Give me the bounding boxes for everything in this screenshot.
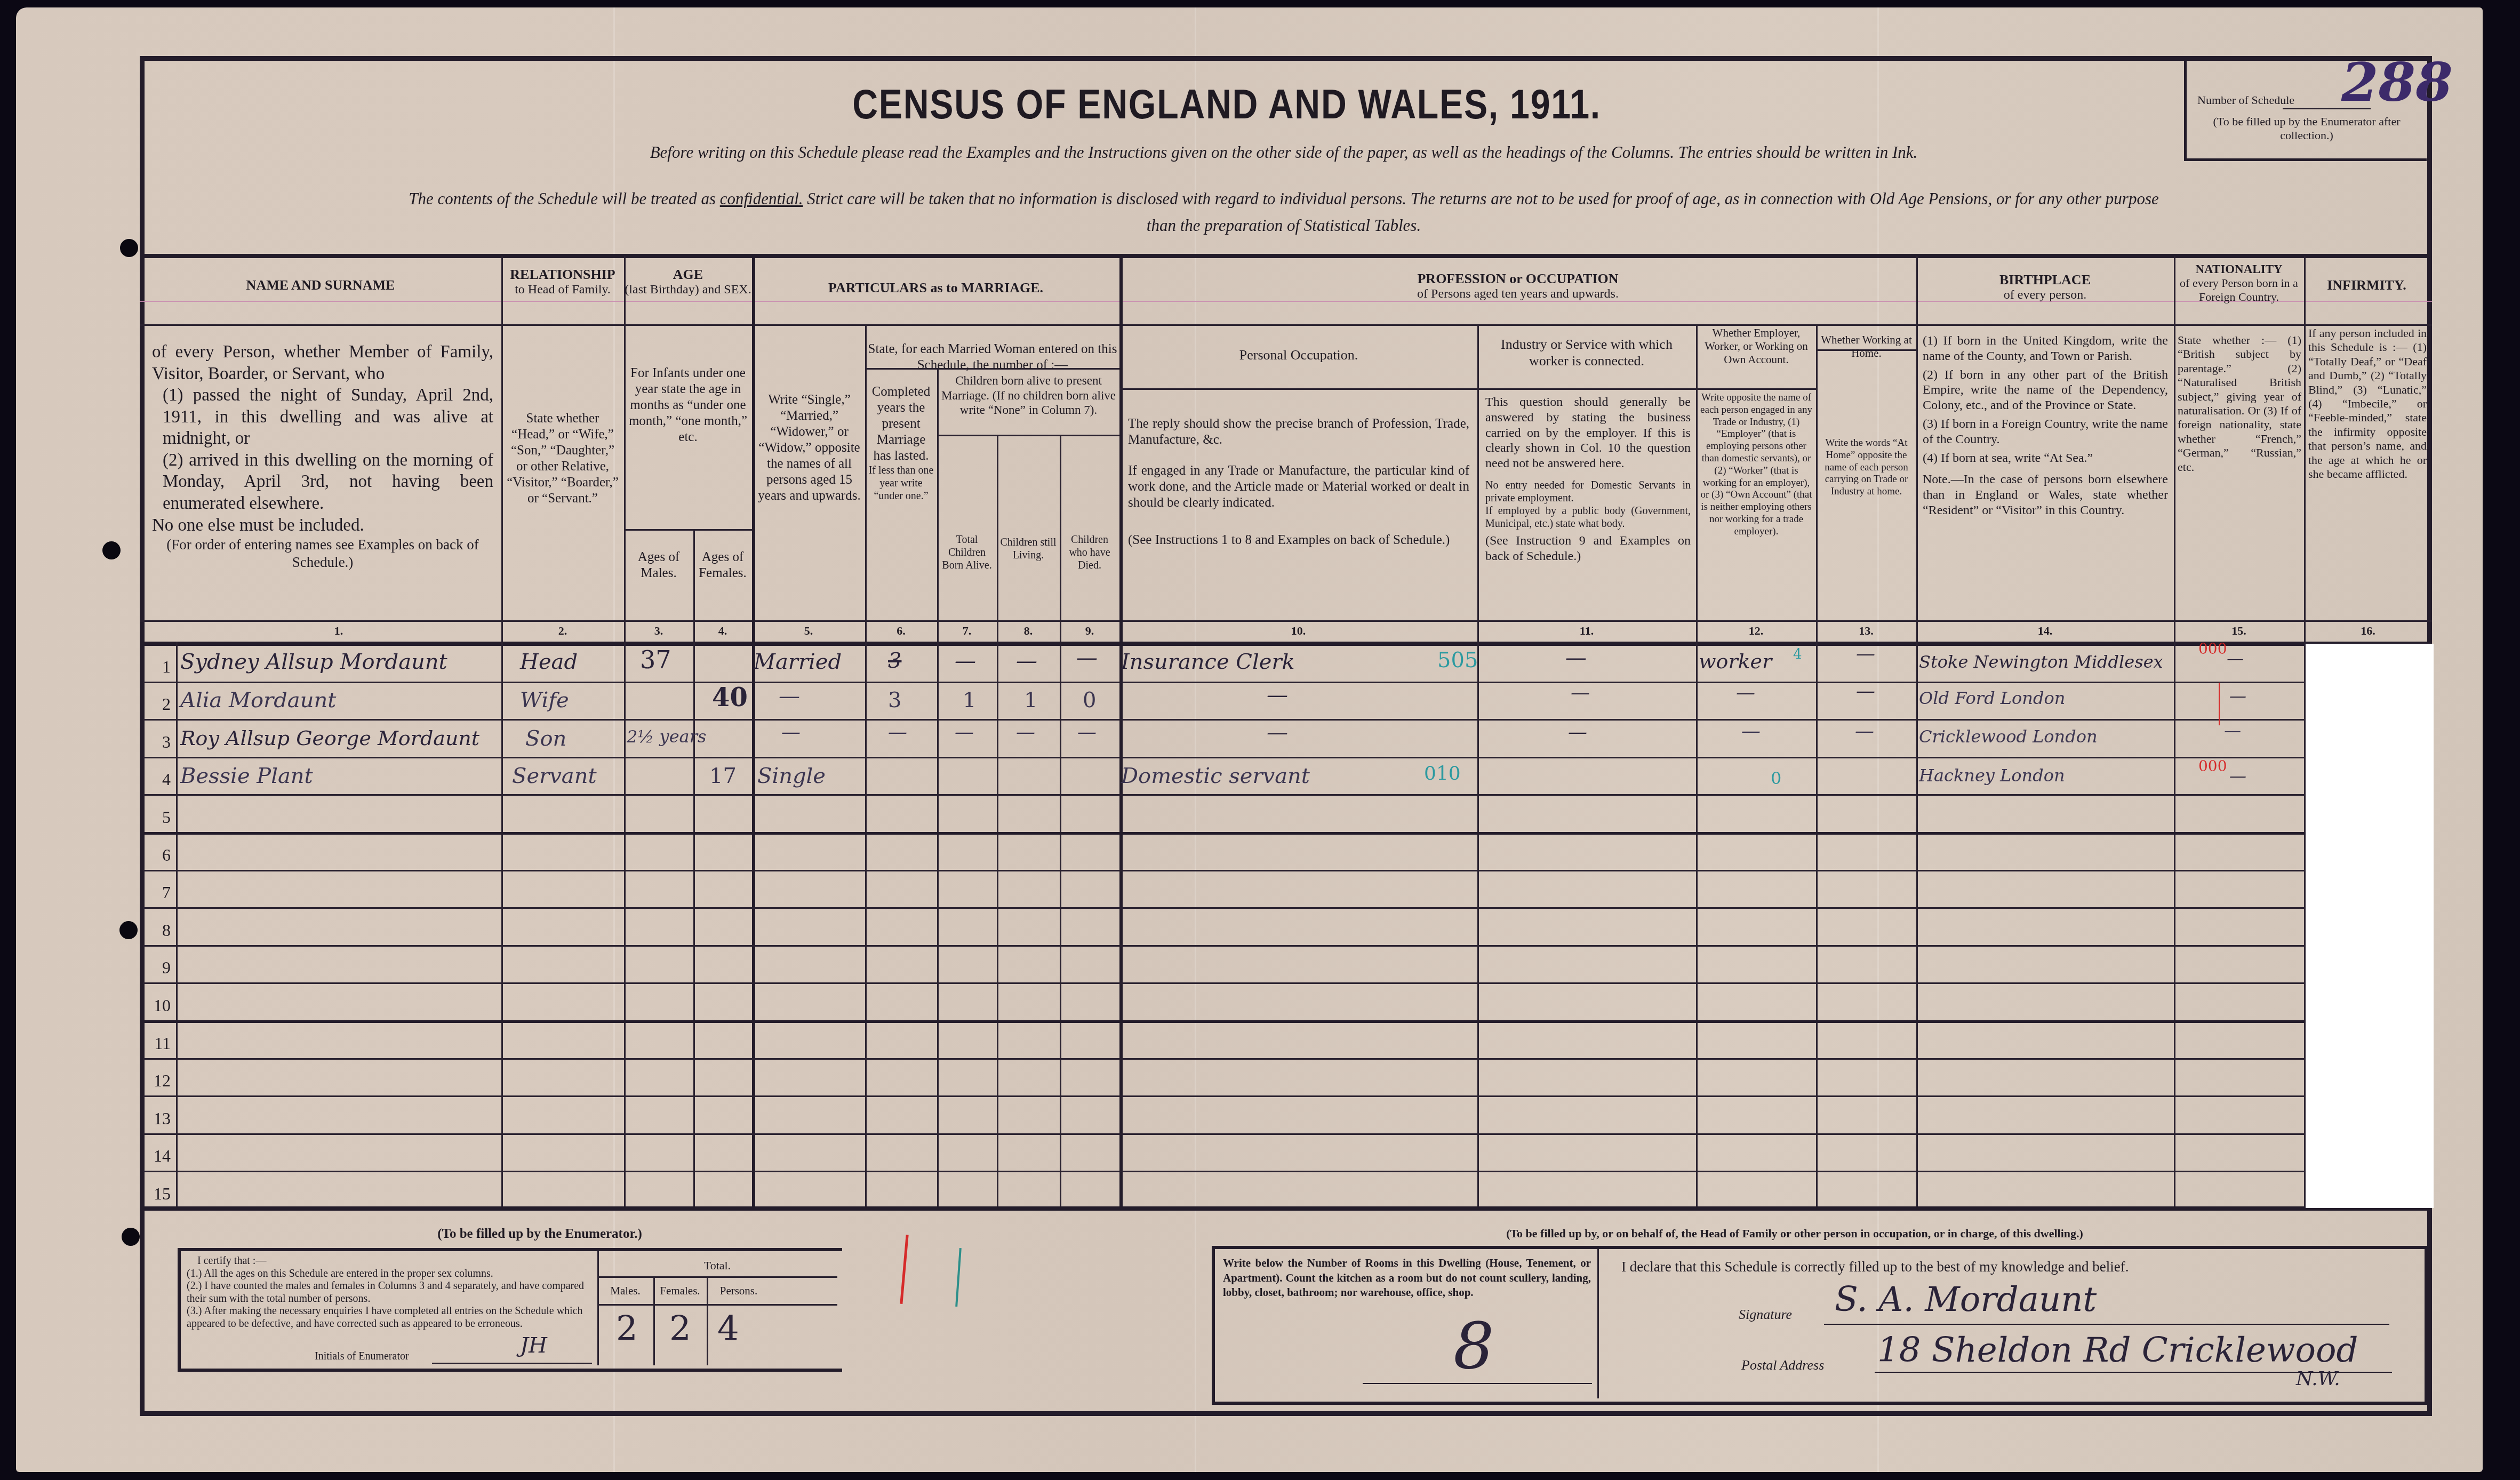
column-number-12: 12. [1696, 624, 1816, 638]
row-number: 4 [149, 770, 171, 789]
marital-status-value[interactable]: — [781, 721, 801, 743]
employment-value[interactable]: worker [1699, 650, 1772, 673]
row-rule [143, 1095, 2432, 1097]
children-born-value[interactable]: 1 [963, 688, 976, 713]
row-number: 5 [149, 807, 171, 827]
nationality-value[interactable]: — [2227, 648, 2244, 668]
working-at-home-heading: Whether Working at Home. [1818, 333, 1915, 360]
row-number: 12 [149, 1071, 171, 1091]
column-number-14: 14. [1916, 624, 2174, 638]
row-rule [143, 1133, 2432, 1135]
row-rule [143, 1020, 2432, 1023]
males-label: Males. [597, 1284, 653, 1298]
age-female-value[interactable]: 17 [709, 764, 737, 788]
children-born-heading: Children born alive to present Marriage.… [939, 373, 1118, 418]
address-label: Postal Address [1741, 1357, 1824, 1373]
employment-status-heading: Whether Employer, Worker, or Working on … [1698, 326, 1814, 367]
total-sub-rule [597, 1304, 837, 1306]
birthplace-value[interactable]: Old Ford London [1919, 688, 2065, 708]
birthplace-value[interactable]: Stoke Newington Middlesex [1919, 652, 2163, 672]
column-number-10: 10. [1119, 624, 1477, 638]
page-title: CENSUS OF ENGLAND AND WALES, 1911. [592, 80, 1861, 129]
children-rule [937, 435, 1119, 436]
nationality-desc: State whether :— (1) “British subject by… [2178, 333, 2301, 474]
relationship-value[interactable]: Servant [512, 764, 596, 788]
column-number-9: 9. [1060, 624, 1119, 638]
enumerator-heading: (To be filled up by the Enumerator.) [140, 1227, 940, 1242]
name-column-heading: NAME AND SURNAME [140, 277, 501, 293]
col-rule [1696, 324, 1698, 1206]
age-male-value[interactable]: 37 [640, 645, 671, 674]
column-number-6: 6. [865, 624, 937, 638]
age-male-value[interactable]: 2½ years [627, 726, 706, 747]
years-married-value[interactable]: 3 [888, 649, 901, 673]
rooms-value[interactable]: 8 [1453, 1309, 1494, 1383]
employment-code: 4 [1793, 646, 1802, 662]
nationality-value[interactable]: — [2229, 685, 2246, 706]
head-of-family-heading: (To be filled up by, or on behalf of, th… [1221, 1227, 2368, 1240]
industry-value[interactable]: — [1565, 645, 1587, 670]
row-rule [143, 907, 2432, 909]
nationality-code: 000 [2198, 757, 2227, 775]
rooms-divider [1597, 1249, 1599, 1398]
column-number-2: 2. [501, 624, 624, 638]
personal-occupation-heading: Personal Occupation. [1123, 347, 1475, 363]
row-number: 1 [149, 657, 171, 677]
instruction-line: Before writing on this Schedule please r… [140, 143, 2428, 162]
nationality-column-heading: NATIONALITY of every Person born in a Fo… [2174, 262, 2304, 303]
occupation-code: 505 [1437, 648, 1478, 673]
at-home-value[interactable]: — [1856, 680, 1875, 702]
birthplace-desc: (1) If born in the United Kingdom, write… [1923, 333, 2168, 518]
years-married-value[interactable]: 3 [888, 688, 901, 713]
signature-value[interactable]: S. A. Mordaunt [1835, 1280, 2097, 1319]
column-number-16: 16. [2304, 624, 2432, 638]
birthplace-column-heading: BIRTHPLACE of every person. [1916, 272, 2174, 302]
table-top-rule [140, 254, 2432, 258]
industry-desc: This question should generally be answer… [1485, 395, 1691, 564]
column-number-5: 5. [752, 624, 865, 638]
row-rule [143, 1171, 2432, 1172]
schedule-number-note: (To be filled up by the Enumerator after… [2192, 115, 2421, 143]
marital-status-value[interactable]: Married [754, 650, 842, 674]
row-number: 11 [149, 1034, 171, 1053]
occupation-value[interactable]: Insurance Clerk [1121, 650, 1295, 674]
column-number-rule-top [140, 620, 2432, 622]
column-number-8: 8. [997, 624, 1060, 638]
row-number: 2 [149, 694, 171, 714]
enumerator-certification: I certify that :— (1.) All the ages on t… [187, 1255, 592, 1331]
row-rule [143, 1058, 2432, 1060]
col-rule [501, 256, 503, 1206]
enumerator-initials[interactable]: JH [520, 1333, 547, 1358]
punch-hole [119, 921, 138, 939]
years-married-desc: Completed years the present Marriage has… [866, 384, 936, 502]
row-number: 7 [149, 883, 171, 902]
row-rule [143, 945, 2432, 947]
signature-label: Signature [1739, 1307, 1792, 1323]
employment-status-desc: Write opposite the name of each person e… [1698, 392, 1814, 538]
confidential-line-2: than the preparation of Statistical Tabl… [140, 216, 2428, 235]
children-living-value[interactable]: 1 [1024, 688, 1037, 713]
schedule-number-label: Number of Schedule [2197, 93, 2294, 107]
occupation-value[interactable]: Domestic servant [1121, 764, 1310, 788]
occupation-column-heading: PROFESSION or OCCUPATION of Persons aged… [1119, 271, 1916, 301]
column-number-11: 11. [1477, 624, 1696, 638]
birthplace-value[interactable]: Cricklewood London [1919, 726, 2098, 747]
relationship-value[interactable]: Wife [520, 688, 569, 713]
marriage-column-heading: PARTICULARS as to MARRIAGE. [752, 280, 1119, 296]
address-value[interactable]: 18 Sheldon Rd Cricklewood [1877, 1331, 2358, 1370]
row-rule [143, 757, 2432, 758]
employment-value[interactable]: — [1736, 682, 1755, 703]
column-number-15: 15. [2174, 624, 2304, 638]
row-number: 14 [149, 1146, 171, 1166]
subheader-rule [140, 324, 2432, 326]
infirmity-column-heading: INFIRMITY. [2304, 277, 2429, 293]
row-number: 15 [149, 1184, 171, 1204]
females-label: Females. [653, 1284, 707, 1298]
personal-occupation-desc: The reply should show the precise branch… [1128, 416, 1469, 548]
column-number-4: 4. [693, 624, 752, 638]
row-rule [143, 870, 2432, 871]
marital-status-value[interactable]: — [779, 684, 800, 708]
table-bottom-rule [140, 1206, 2432, 1211]
relationship-value[interactable]: Head [520, 650, 578, 674]
col-rule [1119, 256, 1123, 1206]
col-rule [2174, 256, 2175, 1206]
employment-code: 0 [1771, 768, 1781, 788]
rooms-instruction: Write below the Number of Rooms in this … [1223, 1256, 1591, 1300]
relationship-column-heading: RELATIONSHIP to Head of Family. [501, 267, 624, 297]
birthplace-value[interactable]: Hackney London [1919, 765, 2065, 786]
confidential-word: confidential. [720, 189, 803, 208]
row-rule [143, 982, 2432, 984]
persons-label: Persons. [707, 1284, 771, 1298]
age-split-rule [624, 529, 752, 531]
punch-hole [120, 239, 138, 257]
children-born-value[interactable]: — [955, 649, 976, 673]
person-name[interactable]: Roy Allsup George Mordaunt [180, 726, 479, 750]
total-label: Total. [597, 1259, 837, 1273]
column-number-3: 3. [624, 624, 693, 638]
total-children-heading: Total Children Born Alive. [938, 533, 996, 572]
occupation-code: 010 [1424, 763, 1461, 785]
nationality-code: 000 [2198, 640, 2227, 658]
redacted-infirmity-column [2306, 644, 2434, 1208]
nationality-value[interactable]: — [2229, 765, 2246, 786]
total-rule [597, 1276, 837, 1278]
children-living-heading: Children still Living. [998, 536, 1059, 562]
age-column-heading: AGE (last Birthday) and SEX. [624, 267, 752, 297]
row-number: 13 [149, 1109, 171, 1129]
signature-line [1824, 1324, 2389, 1325]
col-rule [1477, 324, 1479, 1206]
married-woman-desc: State, for each Married Woman entered on… [867, 341, 1118, 373]
total-males-value[interactable]: 2 [616, 1309, 638, 1349]
punch-hole [122, 1228, 140, 1246]
ages-of-females-heading: Ages of Females. [694, 549, 751, 581]
schedule-number-value[interactable]: 288 [2341, 51, 2453, 114]
initials-line [432, 1363, 592, 1364]
industry-heading: Industry or Service with which worker is… [1480, 336, 1693, 369]
age-infant-desc: For Infants under one year state the age… [625, 365, 751, 445]
children-died-value[interactable]: — [1077, 721, 1097, 743]
years-married-value[interactable]: — [888, 721, 907, 743]
col-rule [1916, 256, 1918, 1206]
marital-status-value[interactable]: Single [757, 764, 826, 788]
total-persons-value[interactable]: 4 [717, 1309, 739, 1349]
initials-label: Initials of Enumerator [315, 1350, 409, 1363]
column-number-13: 13. [1816, 624, 1916, 638]
row-rule [143, 832, 2432, 835]
children-living-value[interactable]: — [1016, 649, 1037, 673]
marital-status-desc: Write “Single,” “Married,” “Widower,” or… [755, 392, 864, 504]
children-died-value[interactable]: — [1076, 645, 1098, 670]
occupation-value[interactable]: — [1267, 720, 1288, 745]
at-home-value[interactable]: — [1856, 643, 1875, 665]
col-rule [937, 368, 939, 1206]
confidential-line: The contents of the Schedule will be tre… [140, 189, 2428, 209]
occupation-value[interactable]: — [1267, 683, 1288, 707]
relationship-column-desc: State whether “Head,” or “Wife,” “Son,” … [504, 411, 621, 507]
person-name[interactable]: Bessie Plant [180, 764, 313, 788]
declaration-text: I declare that this Schedule is correctl… [1621, 1259, 2129, 1275]
children-died-value[interactable]: 0 [1083, 688, 1096, 713]
children-died-heading: Children who have Died. [1061, 533, 1118, 572]
red-tick-mark [2219, 683, 2220, 725]
column-number-rule-bottom [140, 642, 2432, 646]
person-name[interactable]: Alia Mordaunt [180, 688, 336, 713]
children-born-value[interactable]: — [955, 721, 974, 743]
row-number: 6 [149, 845, 171, 865]
person-name[interactable]: Sydney Allsup Mordaunt [180, 650, 447, 674]
name-column-desc: of every Person, whether Member of Famil… [152, 341, 493, 572]
address-line2-value[interactable]: N.W. [2296, 1368, 2340, 1390]
children-living-value[interactable]: — [1016, 721, 1035, 743]
relationship-value[interactable]: Son [525, 726, 566, 751]
infirmity-desc: If any person included in this Schedule … [2308, 326, 2427, 481]
nationality-value[interactable]: — [2224, 720, 2241, 740]
row-number-gutter-rule [176, 642, 178, 1206]
working-at-home-desc: Write the words “At Home” opposite the n… [1818, 437, 1915, 498]
industry-value[interactable]: — [1568, 721, 1587, 743]
column-number-7: 7. [937, 624, 997, 638]
row-number: 3 [149, 732, 171, 752]
ages-of-males-heading: Ages of Males. [625, 549, 692, 581]
industry-value[interactable]: — [1571, 682, 1590, 703]
punch-hole [102, 541, 121, 559]
row-number: 9 [149, 958, 171, 978]
age-female-value[interactable]: 40 [712, 683, 748, 713]
row-rule [143, 794, 2432, 796]
employment-value[interactable]: — [1741, 720, 1761, 742]
row-number: 8 [149, 921, 171, 940]
total-females-value[interactable]: 2 [669, 1309, 691, 1349]
occupation-sub-rule [1119, 388, 1816, 390]
row-number: 10 [149, 996, 171, 1015]
at-home-value[interactable]: — [1855, 720, 1874, 742]
column-number-1: 1. [176, 624, 501, 638]
